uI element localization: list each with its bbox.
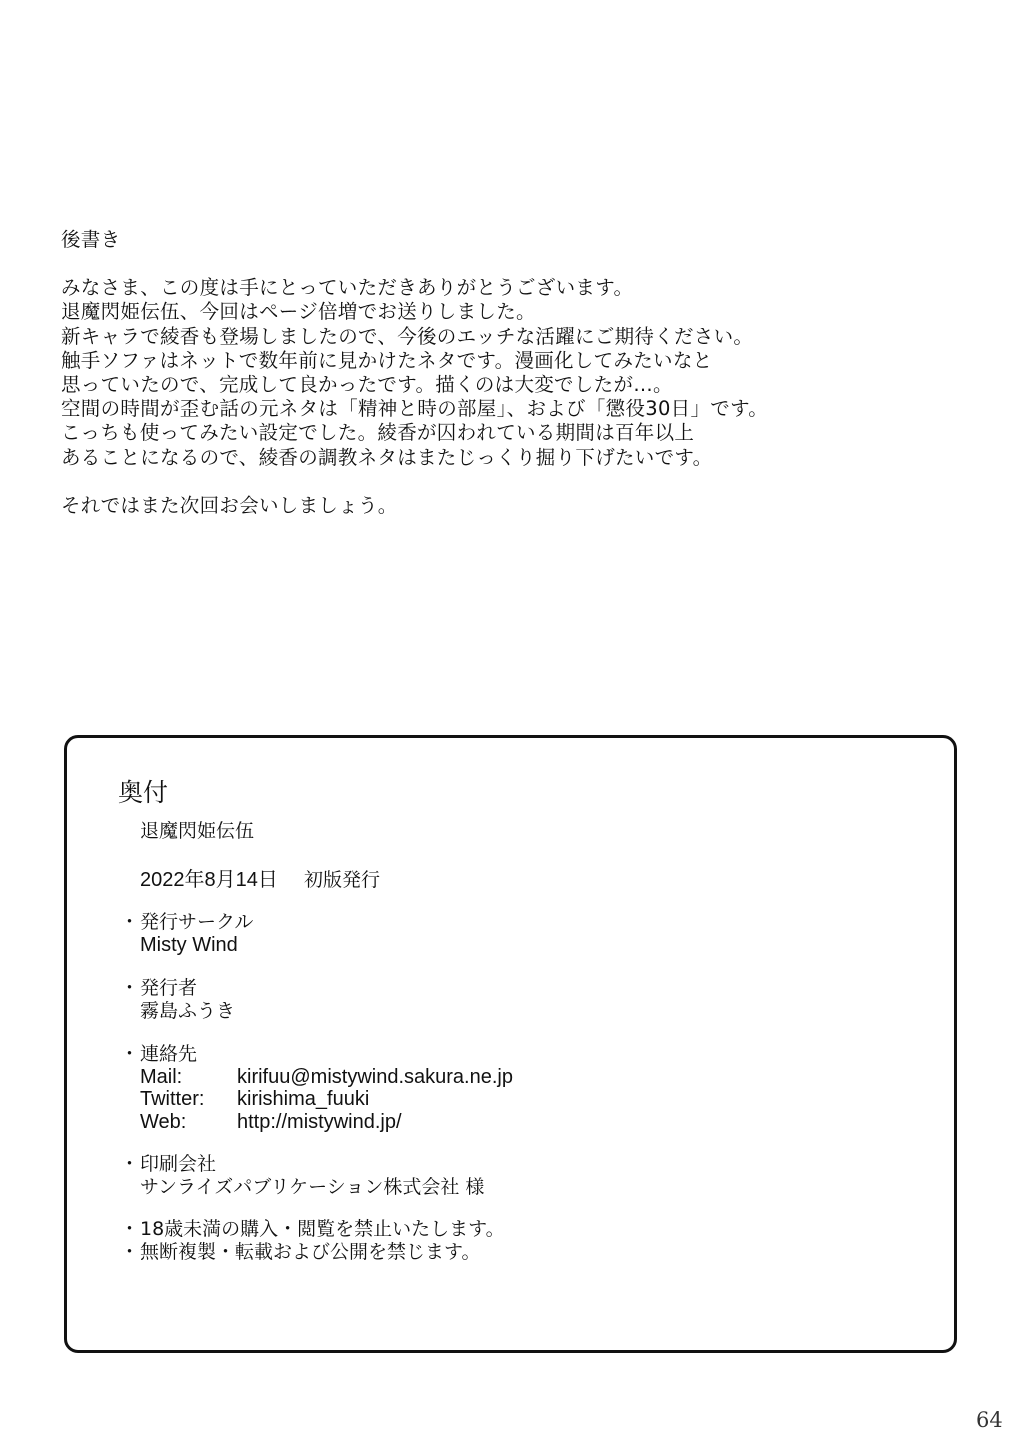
- contact-web: Web: http://mistywind.jp/: [140, 1111, 513, 1134]
- bullet: ・: [120, 1218, 140, 1241]
- web-key: Web:: [140, 1111, 237, 1134]
- bullet: ・: [120, 1153, 140, 1176]
- circle-label: 発行サークル: [140, 911, 253, 934]
- notices-section: ・18歳未満の購入・閲覧を禁止いたします。 ・無断複製・転載および公開を禁じます…: [120, 1218, 505, 1263]
- printer-section: ・ 印刷会社 サンライズパブリケーション株式会社 様: [120, 1153, 484, 1198]
- bullet: ・: [120, 911, 140, 934]
- afterword-line: あることになるので、綾香の調教ネタはまたじっくり掘り下げたいです。: [61, 446, 768, 470]
- afterword-closing: それではまた次回お会いしましょう。: [61, 494, 768, 518]
- notice-age: 18歳未満の購入・閲覧を禁止いたします。: [140, 1218, 505, 1240]
- circle-section: ・ 発行サークル Misty Wind: [120, 911, 253, 956]
- publisher-label: 発行者: [140, 977, 235, 1000]
- afterword-title: 後書き: [61, 228, 768, 252]
- bullet: ・: [120, 1241, 140, 1264]
- colophon-title: 奥付: [118, 773, 168, 809]
- page-number: 64: [976, 1408, 1003, 1432]
- notice-copyright: 無断複製・転載および公開を禁じます。: [140, 1241, 480, 1263]
- afterword-line: こっちも使ってみたい設定でした。綾香が囚われている期間は百年以上: [61, 421, 768, 445]
- mail-value[interactable]: kirifuu@mistywind.sakura.ne.jp: [237, 1066, 513, 1089]
- publisher-name: 霧島ふうき: [140, 1000, 235, 1023]
- afterword-line: 空間の時間が歪む話の元ネタは「精神と時の部屋」、および「懲役30日」です。: [61, 397, 768, 421]
- afterword-line: 思っていたので、完成して良かったです。描くのは大変でしたが…。: [61, 373, 768, 397]
- book-title: 退魔閃姫伝伍: [140, 820, 254, 842]
- bullet: ・: [120, 977, 140, 1000]
- contact-section: ・ 連絡先 Mail: kirifuu@mistywind.sakura.ne.…: [120, 1043, 513, 1133]
- twitter-value[interactable]: kirishima_fuuki: [237, 1088, 369, 1111]
- contact-twitter: Twitter: kirishima_fuuki: [140, 1088, 513, 1111]
- contact-mail: Mail: kirifuu@mistywind.sakura.ne.jp: [140, 1066, 513, 1089]
- contact-label: 連絡先: [140, 1043, 513, 1066]
- web-value[interactable]: http://mistywind.jp/: [237, 1111, 402, 1134]
- afterword-line: 新キャラで綾香も登場しましたので、今後のエッチな活躍にご期待ください。: [61, 325, 768, 349]
- afterword-line: みなさま、この度は手にとっていただきありがとうございます。: [61, 276, 768, 300]
- twitter-key: Twitter:: [140, 1088, 237, 1111]
- afterword: 後書き みなさま、この度は手にとっていただきありがとうございます。 退魔閃姫伝伍…: [61, 228, 768, 518]
- edition: 初版発行: [304, 869, 380, 891]
- afterword-line: 触手ソファはネットで数年前に見かけたネタです。漫画化してみたいなと: [61, 349, 768, 373]
- circle-name: Misty Wind: [140, 934, 253, 957]
- bullet: ・: [120, 1043, 140, 1066]
- afterword-line: 退魔閃姫伝伍、今回はページ倍増でお送りしました。: [61, 300, 768, 324]
- publication-date: 2022年8月14日: [140, 869, 278, 891]
- printer-name: サンライズパブリケーション株式会社 様: [140, 1176, 484, 1199]
- publisher-section: ・ 発行者 霧島ふうき: [120, 977, 235, 1022]
- printer-label: 印刷会社: [140, 1153, 484, 1176]
- mail-key: Mail:: [140, 1066, 237, 1089]
- publication-date-line: 2022年8月14日 初版発行: [140, 869, 380, 891]
